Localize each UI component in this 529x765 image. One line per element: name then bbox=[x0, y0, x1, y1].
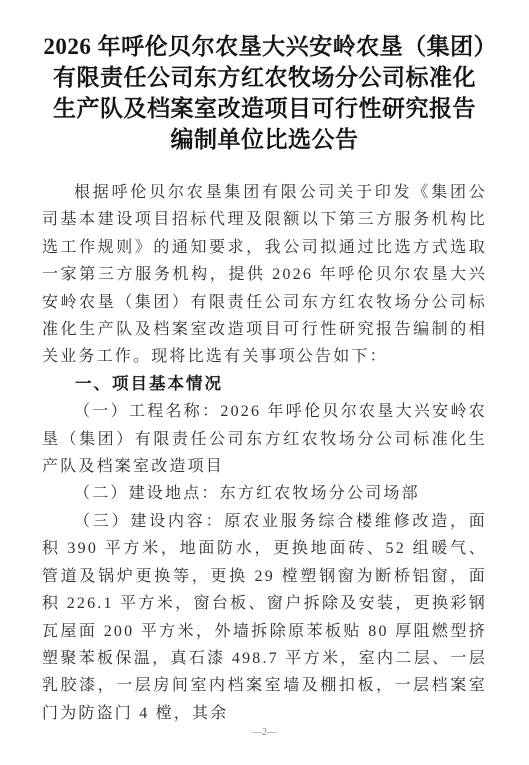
item-project-name: （一）工程名称：2026 年呼伦贝尔农垦大兴安岭农垦（集团）有限责任公司东方红农… bbox=[42, 398, 487, 480]
document-page: 2026 年呼伦贝尔农垦大兴安岭农垦（集团）有限责任公司东方红农牧场分公司标准化… bbox=[0, 0, 529, 765]
item-construction-location: （二）建设地点：东方红农牧场分公司场部 bbox=[42, 480, 487, 507]
page-title: 2026 年呼伦贝尔农垦大兴安岭农垦（集团）有限责任公司东方红农牧场分公司标准化… bbox=[42, 31, 487, 155]
page-number: —2— bbox=[0, 726, 529, 740]
item-construction-content: （三）建设内容：原农业服务综合楼维修改造，面积 390 平方米，地面防水，更换地… bbox=[42, 508, 487, 727]
section-heading-project-basics: 一、项目基本情况 bbox=[42, 371, 487, 398]
intro-paragraph: 根据呼伦贝尔农垦集团有限公司关于印发《集团公司基本建设项目招标代理及限额以下第三… bbox=[42, 179, 487, 371]
